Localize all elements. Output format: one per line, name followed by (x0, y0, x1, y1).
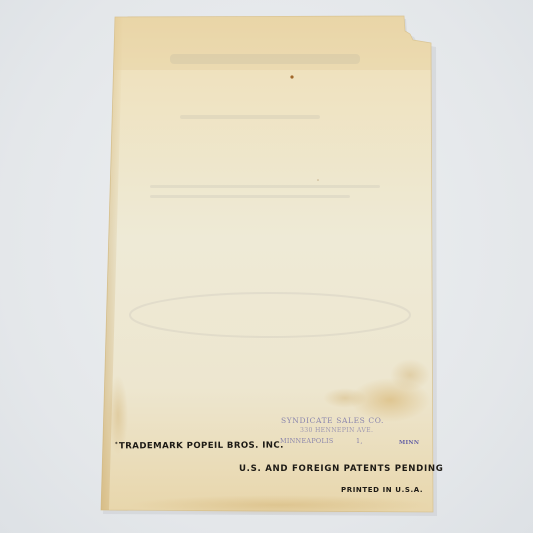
printed-in-notice: PRINTED IN U.S.A. (341, 486, 423, 494)
paper-sheet (0, 0, 533, 533)
patents-notice: U.S. AND FOREIGN PATENTS PENDING (239, 464, 444, 474)
stamp-address: 330 HENNEPIN AVE. (300, 427, 373, 434)
trademark-notice: *TRADEMARK POPEIL BROS. INC. (115, 441, 284, 452)
trademark-asterisk: * (115, 441, 118, 447)
stamp-city: MINNEAPOLIS (280, 437, 334, 445)
trademark-text: TRADEMARK POPEIL BROS. INC. (119, 441, 284, 452)
stamp-company: SYNDICATE SALES CO. (281, 416, 384, 425)
stamp-state: MINN (399, 440, 419, 446)
stamp-zone: 1, (356, 437, 363, 445)
photo-background: *TRADEMARK POPEIL BROS. INC. U.S. AND FO… (0, 0, 533, 533)
